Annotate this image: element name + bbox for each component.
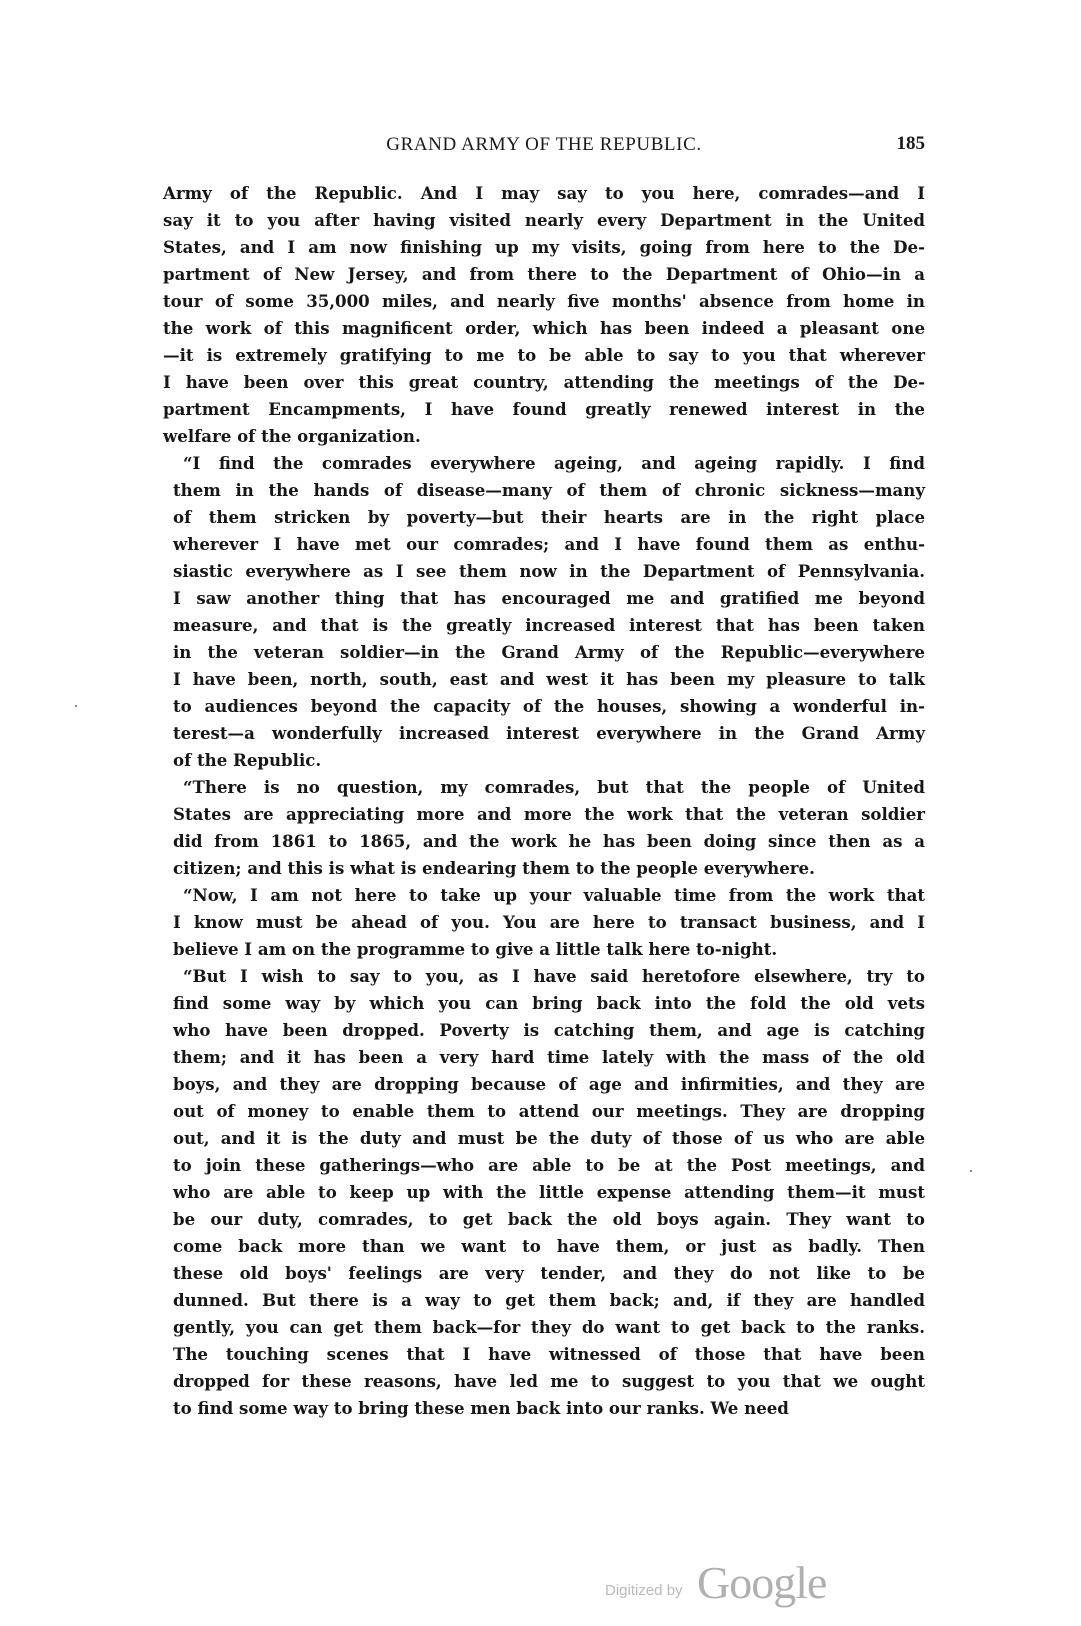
text-line: I have been over this great country, att… xyxy=(163,369,925,396)
text-line: dunned. But there is a way to get them b… xyxy=(163,1287,925,1314)
text-line: States, and I am now finishing up my vis… xyxy=(163,234,925,261)
paragraph: Army of the Republic. And I may say to y… xyxy=(163,180,925,450)
text-line: welfare of the organization. xyxy=(163,423,925,450)
text-line: be our duty, comrades, to get back the o… xyxy=(163,1206,925,1233)
text-line: “There is no question, my comrades, but … xyxy=(163,774,925,801)
text-line: say it to you after having visited nearl… xyxy=(163,207,925,234)
text-line: find some way by which you can bring bac… xyxy=(163,990,925,1017)
text-line: to join these gatherings—who are able to… xyxy=(163,1152,925,1179)
scan-speck xyxy=(970,1170,972,1172)
text-line: to audiences beyond the capacity of the … xyxy=(163,693,925,720)
text-line: terest—a wonderfully increased interest … xyxy=(163,720,925,747)
paragraph: “There is no question, my comrades, but … xyxy=(163,774,925,882)
page-number: 185 xyxy=(897,133,926,155)
scan-speck xyxy=(75,705,77,707)
google-watermark: Digitized by Google xyxy=(605,1552,845,1612)
text-line: the work of this magnificent order, whic… xyxy=(163,315,925,342)
text-line: —it is extremely gratifying to me to be … xyxy=(163,342,925,369)
book-page: GRAND ARMY OF THE REPUBLIC. 185 Army of … xyxy=(0,0,1081,1626)
google-logo-text: Google xyxy=(697,1556,826,1609)
text-line: I have been, north, south, east and west… xyxy=(163,666,925,693)
text-line: out, and it is the duty and must be the … xyxy=(163,1125,925,1152)
body-text: Army of the Republic. And I may say to y… xyxy=(163,180,925,1422)
text-line: who have been dropped. Poverty is catchi… xyxy=(163,1017,925,1044)
text-line: them; and it has been a very hard time l… xyxy=(163,1044,925,1071)
text-line: come back more than we want to have them… xyxy=(163,1233,925,1260)
text-line: “I find the comrades everywhere ageing, … xyxy=(163,450,925,477)
text-line: these old boys' feelings are very tender… xyxy=(163,1260,925,1287)
text-line: “Now, I am not here to take up your valu… xyxy=(163,882,925,909)
text-line: of them stricken by poverty—but their he… xyxy=(163,504,925,531)
text-line: who are able to keep up with the little … xyxy=(163,1179,925,1206)
text-line: tour of some 35,000 miles, and nearly fi… xyxy=(163,288,925,315)
text-line: I saw another thing that has encouraged … xyxy=(163,585,925,612)
paragraph: “Now, I am not here to take up your valu… xyxy=(163,882,925,963)
text-line: partment Encampments, I have found great… xyxy=(163,396,925,423)
text-line: boys, and they are dropping because of a… xyxy=(163,1071,925,1098)
text-line: partment of New Jersey, and from there t… xyxy=(163,261,925,288)
text-line: them in the hands of disease—many of the… xyxy=(163,477,925,504)
text-line: dropped for these reasons, have led me t… xyxy=(163,1368,925,1395)
running-header: GRAND ARMY OF THE REPUBLIC. 185 xyxy=(163,128,925,158)
text-line: measure, and that is the greatly increas… xyxy=(163,612,925,639)
paragraph: “But I wish to say to you, as I have sai… xyxy=(163,963,925,1422)
text-line: States are appreciating more and more th… xyxy=(163,801,925,828)
text-line: did from 1861 to 1865, and the work he h… xyxy=(163,828,925,855)
text-line: of the Republic. xyxy=(163,747,925,774)
text-line: I know must be ahead of you. You are her… xyxy=(163,909,925,936)
paragraph: “I find the comrades everywhere ageing, … xyxy=(163,450,925,774)
text-line: Army of the Republic. And I may say to y… xyxy=(163,180,925,207)
text-line: believe I am on the programme to give a … xyxy=(163,936,925,963)
text-line: “But I wish to say to you, as I have sai… xyxy=(163,963,925,990)
text-line: in the veteran soldier—in the Grand Army… xyxy=(163,639,925,666)
running-title: GRAND ARMY OF THE REPUBLIC. xyxy=(163,134,925,156)
text-line: out of money to enable them to attend ou… xyxy=(163,1098,925,1125)
text-line: The touching scenes that I have witnesse… xyxy=(163,1341,925,1368)
text-line: gently, you can get them back—for they d… xyxy=(163,1314,925,1341)
text-line: to find some way to bring these men back… xyxy=(163,1395,925,1422)
digitized-by-label: Digitized by xyxy=(605,1582,683,1599)
text-line: siastic everywhere as I see them now in … xyxy=(163,558,925,585)
text-line: wherever I have met our comrades; and I … xyxy=(163,531,925,558)
text-line: citizen; and this is what is endearing t… xyxy=(163,855,925,882)
